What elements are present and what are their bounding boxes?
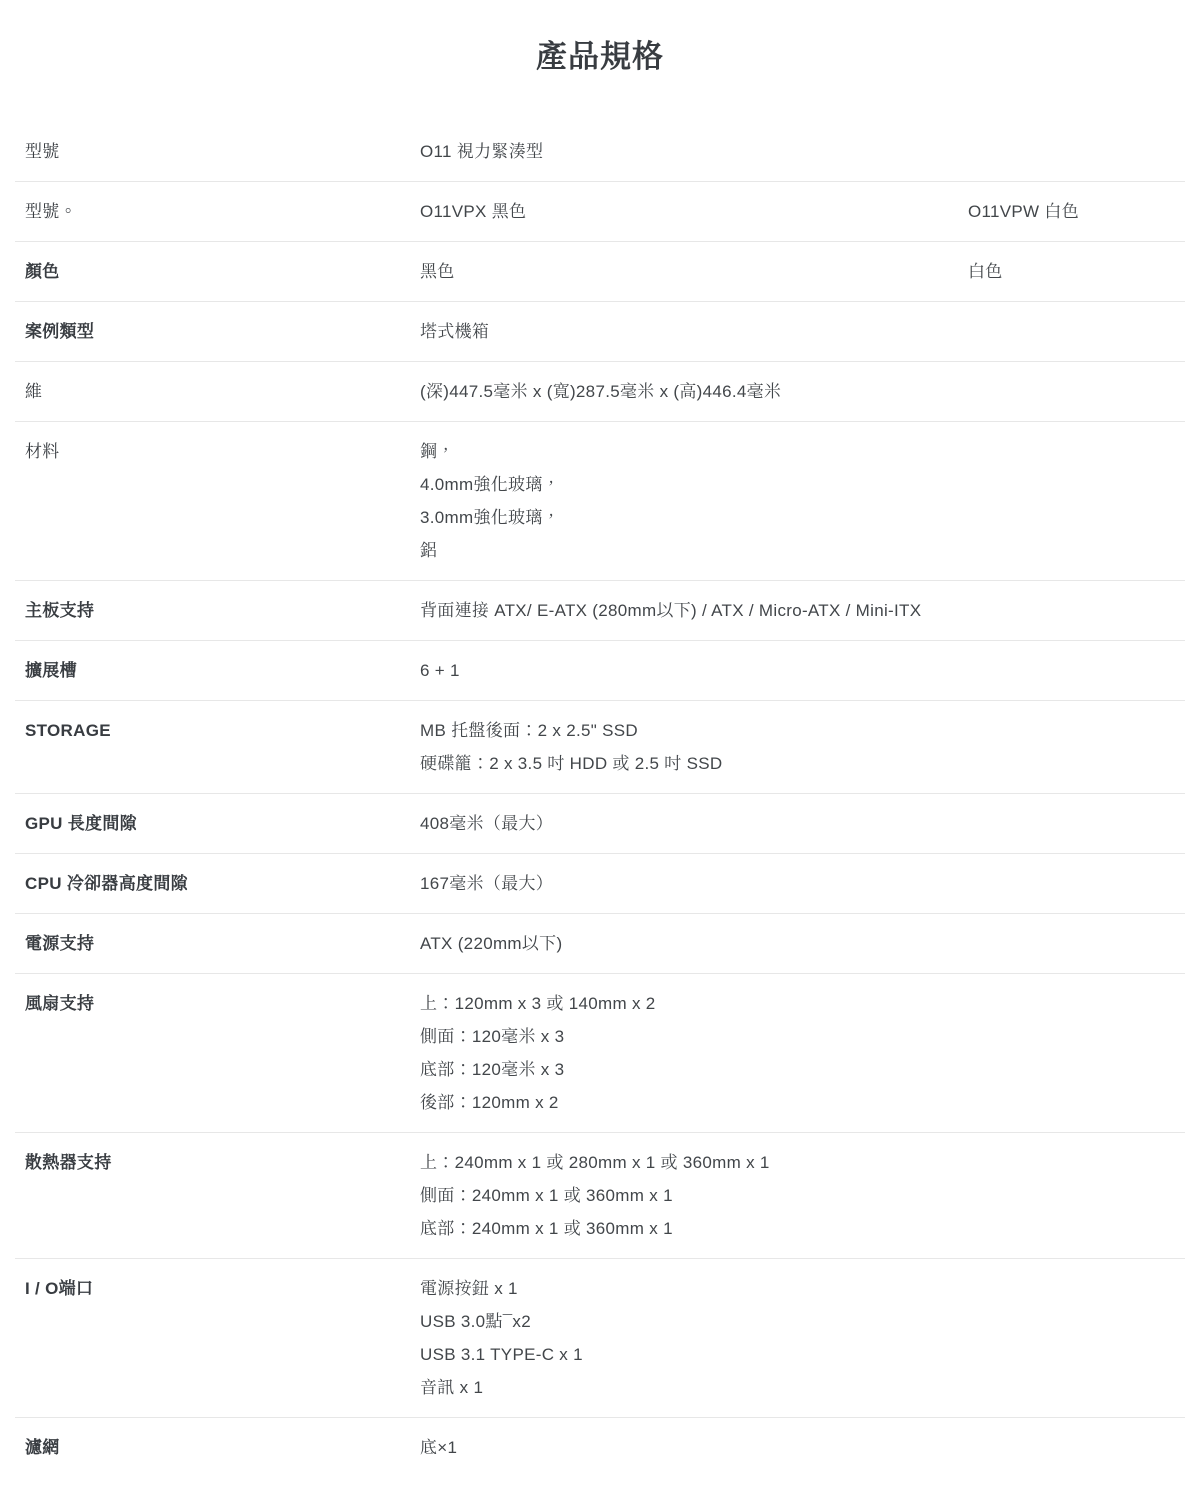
spec-label: 型號	[25, 135, 420, 168]
spec-row: 型號。O11VPX 黑色O11VPW 白色	[15, 182, 1185, 242]
value-line: MB 托盤後面：2 x 2.5" SSD	[420, 714, 968, 747]
value-line: 底×1	[420, 1431, 968, 1464]
value-line: USB 3.1 TYPE-C x 1	[420, 1338, 968, 1371]
value-line: O11VPX 黑色	[420, 195, 968, 228]
value-line: 上：120mm x 3 或 140mm x 2	[420, 987, 968, 1020]
spec-value-primary: O11VPX 黑色	[420, 195, 968, 228]
spec-value-secondary: 白色	[968, 255, 1185, 288]
spec-value-primary: 黑色	[420, 255, 968, 288]
value-line: 黑色	[420, 255, 968, 288]
spec-row: 顏色黑色白色	[15, 242, 1185, 302]
value-line: 4.0mm強化玻璃，	[420, 468, 968, 501]
spec-row: 電源支持ATX (220mm以下)	[15, 914, 1185, 974]
spec-label: GPU 長度間隙	[25, 807, 420, 840]
spec-value-primary: 上：120mm x 3 或 140mm x 2側面：120毫米 x 3底部：12…	[420, 987, 968, 1119]
spec-row: GPU 長度間隙408毫米（最大）	[15, 794, 1185, 854]
value-line: 6 + 1	[420, 654, 968, 687]
spec-value-primary: 167毫米（最大）	[420, 867, 968, 900]
value-line: 408毫米（最大）	[420, 807, 968, 840]
spec-label: 電源支持	[25, 927, 420, 960]
spec-row: 主板支持背面連接 ATX/ E-ATX (280mm以下) / ATX / Mi…	[15, 581, 1185, 641]
value-line: 塔式機箱	[420, 315, 968, 348]
spec-row: STORAGEMB 托盤後面：2 x 2.5" SSD硬碟籠：2 x 3.5 吋…	[15, 701, 1185, 794]
value-line: 底部：240mm x 1 或 360mm x 1	[420, 1212, 968, 1245]
spec-label: CPU 冷卻器高度間隙	[25, 867, 420, 900]
value-line: O11VPW 白色	[968, 195, 1185, 228]
spec-value-primary: 塔式機箱	[420, 315, 968, 348]
spec-row: 案例類型塔式機箱	[15, 302, 1185, 362]
spec-label: 顏色	[25, 255, 420, 288]
spec-row: 維(深)447.5毫米 x (寬)287.5毫米 x (高)446.4毫米	[15, 362, 1185, 422]
spec-row: 風扇支持上：120mm x 3 或 140mm x 2側面：120毫米 x 3底…	[15, 974, 1185, 1133]
spec-label: STORAGE	[25, 714, 420, 747]
spec-label: 散熱器支持	[25, 1146, 420, 1179]
spec-value-primary: 6 + 1	[420, 654, 968, 687]
spec-value-primary: O11 視力緊湊型	[420, 135, 968, 168]
product-spec-page: 產品規格 型號O11 視力緊湊型型號。O11VPX 黑色O11VPW 白色顏色黑…	[0, 36, 1200, 1477]
spec-value-secondary: O11VPW 白色	[968, 195, 1185, 228]
spec-value-primary: 背面連接 ATX/ E-ATX (280mm以下) / ATX / Micro-…	[420, 594, 968, 627]
spec-label: 案例類型	[25, 315, 420, 348]
spec-row: 材料鋼，4.0mm強化玻璃，3.0mm強化玻璃，鋁	[15, 422, 1185, 581]
value-line: 音訊 x 1	[420, 1371, 968, 1404]
value-line: 底部：120毫米 x 3	[420, 1053, 968, 1086]
spec-label: I / O端口	[25, 1272, 420, 1305]
value-line: 鋼，	[420, 435, 968, 468]
spec-value-primary: 408毫米（最大）	[420, 807, 968, 840]
spec-row: 散熱器支持上：240mm x 1 或 280mm x 1 或 360mm x 1…	[15, 1133, 1185, 1259]
spec-value-primary: MB 托盤後面：2 x 2.5" SSD硬碟籠：2 x 3.5 吋 HDD 或 …	[420, 714, 968, 780]
value-line: O11 視力緊湊型	[420, 135, 968, 168]
value-line: 鋁	[420, 534, 968, 567]
value-line: 硬碟籠：2 x 3.5 吋 HDD 或 2.5 吋 SSD	[420, 747, 968, 780]
spec-value-primary: 上：240mm x 1 或 280mm x 1 或 360mm x 1側面：24…	[420, 1146, 968, 1245]
value-line: 3.0mm強化玻璃，	[420, 501, 968, 534]
value-line: ATX (220mm以下)	[420, 927, 968, 960]
value-line: 側面：120毫米 x 3	[420, 1020, 968, 1053]
spec-row: CPU 冷卻器高度間隙167毫米（最大）	[15, 854, 1185, 914]
value-line: 電源按鈕 x 1	[420, 1272, 968, 1305]
value-line: USB 3.0點¯x2	[420, 1305, 968, 1338]
spec-value-primary: ATX (220mm以下)	[420, 927, 968, 960]
spec-row: 擴展槽6 + 1	[15, 641, 1185, 701]
spec-row: 型號O11 視力緊湊型	[15, 122, 1185, 182]
spec-row: 濾網底×1	[15, 1418, 1185, 1477]
value-line: 167毫米（最大）	[420, 867, 968, 900]
value-line: 白色	[968, 255, 1185, 288]
spec-value-primary: 電源按鈕 x 1USB 3.0點¯x2USB 3.1 TYPE-C x 1音訊 …	[420, 1272, 968, 1404]
spec-table: 型號O11 視力緊湊型型號。O11VPX 黑色O11VPW 白色顏色黑色白色案例…	[15, 122, 1185, 1477]
spec-row: I / O端口電源按鈕 x 1USB 3.0點¯x2USB 3.1 TYPE-C…	[15, 1259, 1185, 1418]
value-line: 後部：120mm x 2	[420, 1086, 968, 1119]
spec-label: 擴展槽	[25, 654, 420, 687]
spec-label: 濾網	[25, 1431, 420, 1464]
spec-label: 材料	[25, 435, 420, 468]
value-line: 背面連接 ATX/ E-ATX (280mm以下) / ATX / Micro-…	[420, 594, 968, 627]
spec-value-primary: 鋼，4.0mm強化玻璃，3.0mm強化玻璃，鋁	[420, 435, 968, 567]
spec-value-primary: (深)447.5毫米 x (寬)287.5毫米 x (高)446.4毫米	[420, 375, 968, 408]
page-title: 產品規格	[0, 36, 1200, 78]
value-line: 側面：240mm x 1 或 360mm x 1	[420, 1179, 968, 1212]
value-line: 上：240mm x 1 或 280mm x 1 或 360mm x 1	[420, 1146, 968, 1179]
spec-label: 風扇支持	[25, 987, 420, 1020]
value-line: (深)447.5毫米 x (寬)287.5毫米 x (高)446.4毫米	[420, 375, 968, 408]
spec-value-primary: 底×1	[420, 1431, 968, 1464]
spec-label: 型號。	[25, 195, 420, 228]
spec-label: 維	[25, 375, 420, 408]
spec-label: 主板支持	[25, 594, 420, 627]
